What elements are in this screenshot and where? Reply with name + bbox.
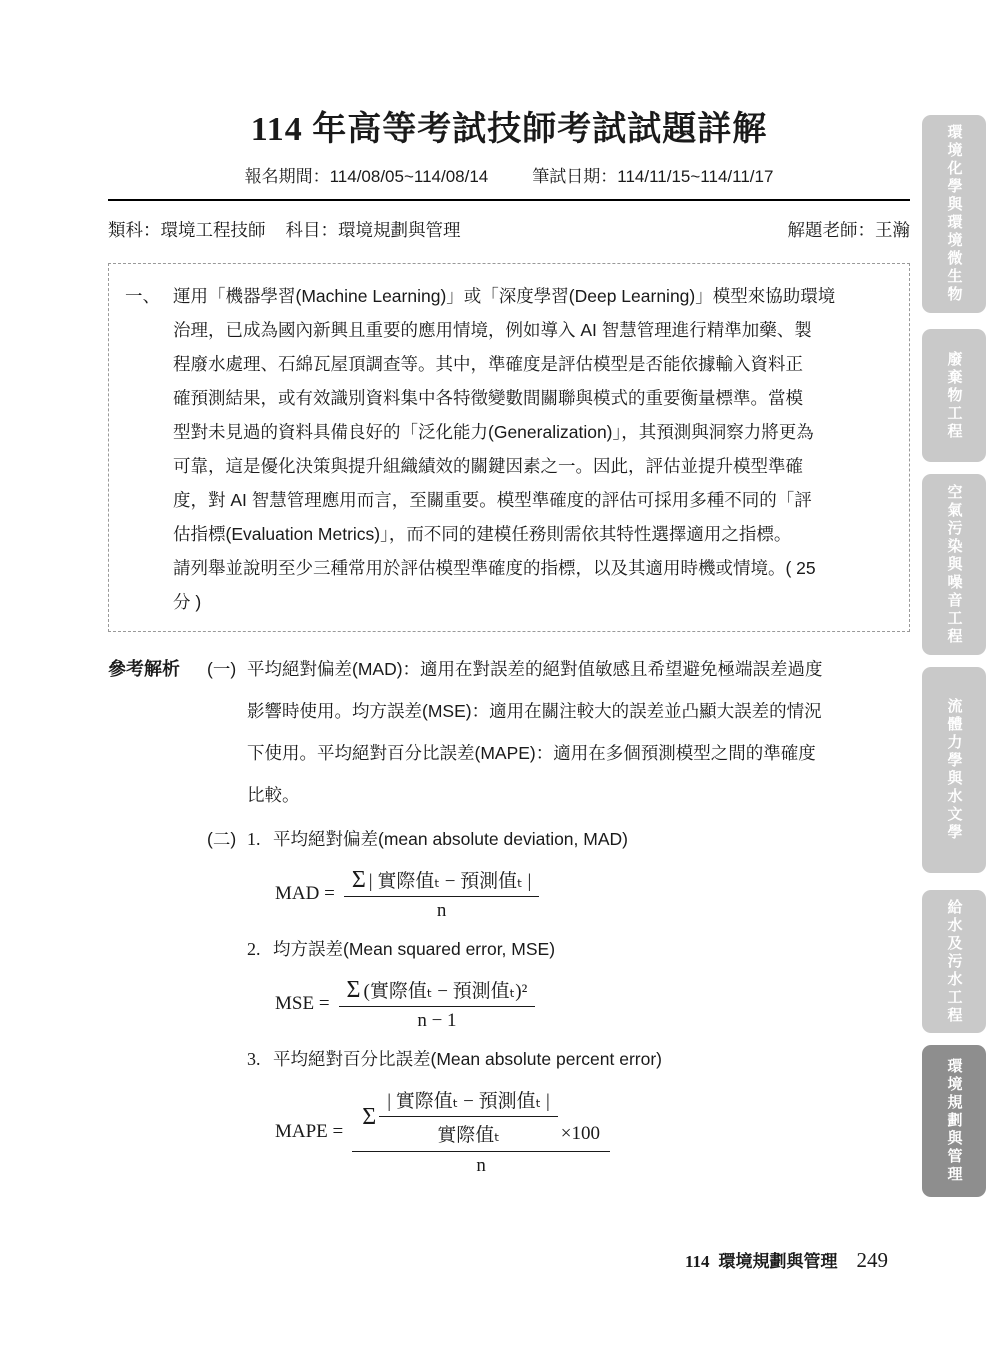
outer-numerator: Σ | 實際值ₜ − 預測值ₜ | 實際值ₜ ×100 [352, 1086, 610, 1152]
formula-lhs: MSE = [275, 993, 330, 1015]
numerator-text: | 實際值ₜ − 預測值ₜ | [369, 866, 532, 893]
question-line: 可靠，這是優化決策與提升組織績效的關鍵因素之一。因此，評估並提升模型準確 [173, 449, 893, 483]
question-line: 型對未見過的資料具備良好的「泛化能力(Generalization)」，其預測與… [173, 415, 893, 449]
analysis-line: 下使用。平均絕對百分比誤差(MAPE)：適用在多個預測模型之間的準確度 [247, 732, 910, 774]
sidebar-tab-environmental-planning-management: 環境規劃與管理 [922, 1045, 986, 1197]
fraction: Σ (實際值ₜ − 預測值ₜ)² n − 1 [339, 976, 536, 1032]
numerator-text: (實際值ₜ − 預測值ₜ)² [364, 976, 528, 1003]
footer-page-number: 249 [857, 1248, 889, 1273]
analysis-section: 參考解析 (一) 平均絕對偏差(MAD)：適用在對誤差的絕對值敏感且希望避免極端… [108, 648, 910, 1189]
inner-numerator: | 實際值ₜ − 預測值ₜ | [379, 1086, 558, 1117]
page-title: 114 年高等考試技師考試試題詳解 [108, 110, 910, 150]
part2-item-3: 3. 平均絕對百分比誤差(Mean absolute percent error… [207, 1044, 910, 1074]
formula-mse: MSE = Σ (實際值ₜ − 預測值ₜ)² n − 1 [275, 976, 910, 1032]
item-title: 平均絕對百分比誤差(Mean absolute percent error) [273, 1044, 662, 1074]
question-text: 運用「機器學習(Machine Learning)」或「深度學習(Deep Le… [173, 279, 893, 619]
formula-mad: MAD = Σ | 實際值ₜ − 預測值ₜ | n [275, 866, 910, 922]
meta-row: 類科：環境工程技師 科目：環境規劃與管理 解題老師：王瀚 [108, 217, 910, 242]
item-number: 3. [247, 1044, 273, 1074]
part1-marker: (一) [207, 648, 247, 816]
multiplier: ×100 [561, 1123, 600, 1145]
analysis-body: (一) 平均絕對偏差(MAD)：適用在對誤差的絕對值敏感且希望避免極端誤差過度 … [207, 648, 910, 1189]
fraction-denominator: n − 1 [417, 1007, 456, 1032]
header-divider [108, 199, 910, 201]
item-number: 2. [247, 934, 273, 964]
sigma-symbol: Σ [352, 868, 366, 892]
question-line: 治理，已成為國內新興且重要的應用情境，例如導入 AI 智慧管理進行精準加藥、製 [173, 313, 893, 347]
item-number: 1. [247, 824, 273, 854]
inner-fraction: | 實際值ₜ − 預測值ₜ | 實際值ₜ [379, 1086, 558, 1147]
fraction-numerator: Σ | 實際值ₜ − 預測值ₜ | [344, 866, 540, 897]
main-content: 114 年高等考試技師考試試題詳解 報名期間：114/08/05~114/08/… [108, 0, 910, 1189]
question-line: 分 ) [173, 585, 893, 619]
written-exam-date: 筆試日期：114/11/15~114/11/17 [532, 162, 773, 187]
sigma-symbol: Σ [362, 1105, 376, 1129]
item-title: 平均絕對偏差(mean absolute deviation, MAD) [273, 824, 628, 854]
question-line: 請列舉並說明至少三種常用於評估模型準確度的指標，以及其適用時機或情境。( 25 [173, 551, 893, 585]
sigma-symbol: Σ [347, 978, 361, 1002]
item-title: 均方誤差(Mean squared error, MSE) [273, 934, 555, 964]
question-box: 一、 運用「機器學習(Machine Learning)」或「深度學習(Deep… [108, 263, 910, 632]
outer-fraction: Σ | 實際值ₜ − 預測值ₜ | 實際值ₜ ×100 n [352, 1086, 610, 1177]
footer-book-title: 環境規劃與管理 [719, 1247, 838, 1272]
analysis-label: 參考解析 [108, 648, 207, 1189]
meta-subject: 科目：環境規劃與管理 [286, 217, 461, 242]
analysis-part2: (二) 1. 平均絕對偏差(mean absolute deviation, M… [207, 824, 910, 1177]
analysis-part1: (一) 平均絕對偏差(MAD)：適用在對誤差的絕對值敏感且希望避免極端誤差過度 … [207, 648, 910, 816]
formula-mape: MAPE = Σ | 實際值ₜ − 預測值ₜ | 實際值ₜ ×100 n [275, 1086, 910, 1177]
fraction: Σ | 實際值ₜ − 預測值ₜ | n [344, 866, 540, 922]
question-number: 一、 [125, 279, 173, 619]
footer-edition: 114 [685, 1252, 710, 1272]
question-line: 估指標(Evaluation Metrics)」，而不同的建模任務則需依其特性選… [173, 517, 893, 551]
sidebar-tab-environmental-chemistry-microbiology: 環境化學與環境微生物 [922, 115, 986, 313]
meta-category: 類科：環境工程技師 [108, 217, 266, 242]
page-footer: 114 環境規劃與管理 249 [685, 1247, 888, 1273]
part2-marker: (二) [207, 824, 247, 854]
question-line: 確預測結果，或有效識別資料集中各特徵變數間關聯與模式的重要衡量標準。當模 [173, 381, 893, 415]
book-page: 114 年高等考試技師考試試題詳解 報名期間：114/08/05~114/08/… [0, 0, 1000, 1353]
question-line: 程廢水處理、石綿瓦屋頂調查等。其中，準確度是評估模型是否能依據輸入資料正 [173, 347, 893, 381]
analysis-line: 平均絕對偏差(MAD)：適用在對誤差的絕對值敏感且希望避免極端誤差過度 [247, 648, 910, 690]
inner-denominator: 實際值ₜ [437, 1117, 500, 1147]
sidebar-tab-water-supply-sewerage: 給水及污水工程 [922, 890, 986, 1033]
fraction-denominator: n [437, 897, 447, 922]
subtitle-row: 報名期間：114/08/05~114/08/14 筆試日期：114/11/15~… [108, 162, 910, 187]
analysis-line: 影響時使用。均方誤差(MSE)：適用在關注較大的誤差並凸顯大誤差的情況 [247, 690, 910, 732]
sidebar-tab-air-pollution-noise: 空氣污染與噪音工程 [922, 474, 986, 655]
outer-denominator: n [476, 1152, 486, 1177]
meta-teacher: 解題老師：王瀚 [788, 217, 911, 242]
formula-lhs: MAPE = [275, 1121, 343, 1143]
question-line: 運用「機器學習(Machine Learning)」或「深度學習(Deep Le… [173, 279, 893, 313]
question-line: 度，對 AI 智慧管理應用而言，至關重要。模型準確度的評估可採用多種不同的「評 [173, 483, 893, 517]
meta-left: 類科：環境工程技師 科目：環境規劃與管理 [108, 217, 461, 242]
fraction-numerator: Σ (實際值ₜ − 預測值ₜ)² [339, 976, 536, 1007]
part2-item-2: 2. 均方誤差(Mean squared error, MSE) [207, 934, 910, 964]
part2-item-1: (二) 1. 平均絕對偏差(mean absolute deviation, M… [207, 824, 910, 854]
formula-lhs: MAD = [275, 883, 335, 905]
sidebar-tab-waste-engineering: 廢棄物工程 [922, 329, 986, 462]
registration-period: 報名期間：114/08/05~114/08/14 [245, 162, 489, 187]
analysis-line: 比較。 [247, 774, 910, 816]
sidebar-tab-fluid-mechanics-hydrology: 流體力學與水文學 [922, 667, 986, 873]
